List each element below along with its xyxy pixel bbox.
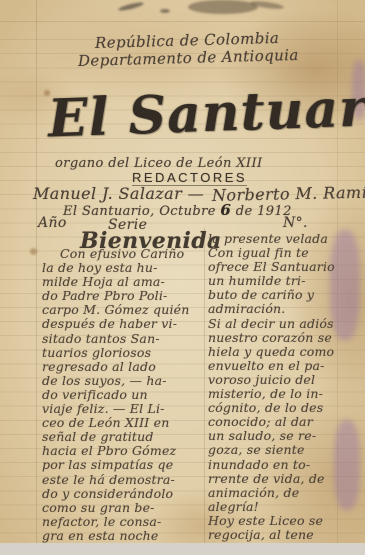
handwritten-line: sitado tantos San- (42, 332, 202, 346)
ink-smudge (118, 1, 144, 12)
handwritten-line: un humilde tri- (208, 274, 362, 288)
handwritten-line: goza, se siente (208, 443, 362, 457)
handwritten-line: Con efusivo Cariño (42, 247, 202, 261)
handwritten-line: después de haber vi- (42, 317, 202, 331)
handwritten-line: regresado al lado (42, 360, 202, 374)
handwritten-line: nefactor, le consa- (42, 515, 202, 529)
handwritten-line: ofrece El Santuario (208, 260, 362, 274)
dateline-day: 6 (220, 201, 231, 219)
handwritten-line: buto de cariño y (208, 288, 362, 302)
paper-spot (30, 248, 37, 255)
handwritten-line: regocija, al tene (208, 528, 362, 542)
handwritten-line: este le há demostra- (42, 473, 202, 487)
handwritten-line: inundado en to- (208, 458, 362, 472)
ano-label: Año (38, 215, 67, 231)
handwritten-line: Con igual fin te (208, 246, 362, 260)
handwritten-line: alegría! (208, 500, 362, 514)
handwritten-line: voroso juicio del (208, 373, 362, 387)
handwritten-line: de los suyos, — ha- (42, 374, 202, 388)
handwritten-line: milde Hoja al ama- (42, 275, 202, 289)
handwritten-line: cógnito, de lo des (208, 401, 362, 415)
photo-background-strip (0, 543, 365, 555)
dateline: El Santuario, Octubre 6 de 1912 (63, 201, 292, 219)
handwritten-line: Si al decir un adiós (208, 317, 362, 331)
horizontal-fold-crease (0, 21, 365, 22)
handwritten-line: hacia el Pbro Gómez (42, 444, 202, 458)
handwritten-line: un saludo, se re- (208, 429, 362, 443)
handwritten-line: tuarios gloriosos (42, 346, 202, 360)
aged-paper-sheet: República de Colombia Departamento de An… (0, 0, 365, 543)
handwritten-line: do y considerándolo (42, 487, 202, 501)
handwritten-line: conocido; al dar (208, 415, 362, 429)
handwritten-line: hiela y queda como (208, 345, 362, 359)
handwritten-line: viaje feliz. — El Li- (42, 402, 202, 416)
newspaper-subtitle: organo del Liceo de León XIII (55, 156, 263, 171)
handwritten-line: la presente velada (208, 232, 362, 246)
handwritten-line: por las simpatías qe (42, 458, 202, 472)
handwritten-line: como su gran be- (42, 501, 202, 515)
handwritten-line: do Padre Pbro Poli- (42, 289, 202, 303)
handwritten-line: envuelto en el pa- (208, 359, 362, 373)
ink-smudge (188, 0, 258, 14)
handwritten-line: carpo M. Gómez quién (42, 303, 202, 317)
handwritten-line: Hoy este Liceo se (208, 514, 362, 528)
article-column-left: Con efusivo Cariñola de hoy esta hu-mild… (42, 247, 202, 543)
numero-label: N°. (283, 215, 308, 231)
column-divider-crease (204, 228, 205, 543)
scanned-manuscript-page: { "colors": { "paper_base": "#e0cda6", "… (0, 0, 365, 555)
handwritten-line: señal de gratitud (42, 430, 202, 444)
ink-smudge (160, 9, 170, 13)
handwritten-line: admiración. (208, 302, 362, 316)
handwritten-line: animación, de (208, 486, 362, 500)
handwritten-line: la de hoy esta hu- (42, 261, 202, 275)
article-column-right: la presente veladaCon igual fin teofrece… (208, 232, 362, 542)
left-margin-crease (36, 0, 37, 543)
handwritten-line: misterio, de lo in- (208, 387, 362, 401)
newspaper-title: El Santuario (47, 75, 365, 149)
handwritten-line: rrente de vida, de (208, 472, 362, 486)
handwritten-line: nuestro corazón se (208, 331, 362, 345)
handwritten-line: gra en esta noche (42, 529, 202, 543)
handwritten-line: ceo de León XIII en (42, 416, 202, 430)
handwritten-line: do verificado un (42, 388, 202, 402)
